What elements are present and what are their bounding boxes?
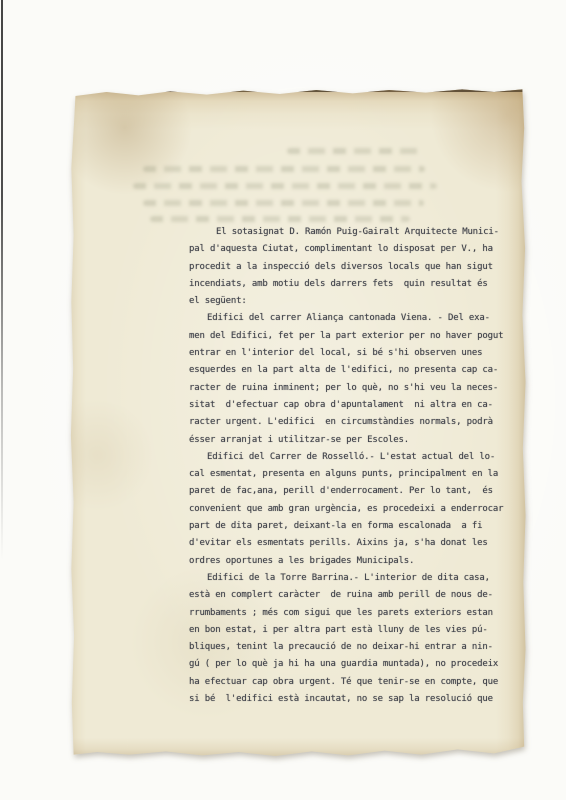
document-text: El sotasignat D. Ramón Puig-Gairalt Arqu…: [189, 224, 519, 708]
text-line: si bé l'edifici està incautat, no se sap…: [189, 691, 519, 708]
paragraph: Edifici del Carrer de Rosselló.- L'estat…: [189, 449, 519, 570]
text-line: incendiats, amb motiu dels darrers fets …: [189, 276, 519, 293]
paper-sheet: El sotasignat D. Ramón Puig-Gairalt Arqu…: [70, 88, 526, 756]
text-line: convenient que amb gran urgència, es pro…: [189, 501, 519, 518]
text-line: men del Edifici, fet per la part exterio…: [189, 328, 519, 345]
text-line: gú ( per lo què ja hi ha una guardia mun…: [189, 656, 519, 673]
text-line: d'evitar els esmentats perills. Aixins j…: [189, 535, 519, 552]
bleed-through-text: [150, 216, 410, 222]
text-line: racter de ruina inminent; per lo què, no…: [189, 380, 519, 397]
text-line: en bon estat, i per altra part està llun…: [189, 622, 519, 639]
text-line: el següent:: [189, 293, 519, 310]
text-line: ésser arranjat i utilitzar-se per Escole…: [189, 432, 519, 449]
text-line: cal esmentat, presenta en alguns punts, …: [189, 466, 519, 483]
text-line: esquerdes en la part alta de l'edifici, …: [189, 362, 519, 379]
text-line: Edifici de la Torre Barrina.- L'interior…: [189, 570, 519, 587]
text-line: procedit a la inspecció dels diversos lo…: [189, 259, 519, 276]
paragraph: Edifici de la Torre Barrina.- L'interior…: [189, 570, 519, 708]
scanner-edge-line: [1, 0, 3, 560]
paragraph: Edifici del carrer Aliança cantonada Vie…: [189, 310, 519, 448]
text-line: El sotasignat D. Ramón Puig-Gairalt Arqu…: [189, 224, 519, 241]
text-line: ha efectuar cap obra urgent. Té que teni…: [189, 674, 519, 691]
bleed-through-text: [143, 166, 425, 172]
text-line: sitat d'efectuar cap obra d'apuntalament…: [189, 397, 519, 414]
text-line: paret de fac,ana, perill d'enderrocament…: [189, 483, 519, 500]
text-line: entrar en l'interior del local, si bé s'…: [189, 345, 519, 362]
text-line: part de dita paret, deixant-la en forma …: [189, 518, 519, 535]
text-line: ordres oportunes a les brigades Municipa…: [189, 553, 519, 570]
paper-shadow: El sotasignat D. Ramón Puig-Gairalt Arqu…: [70, 88, 526, 756]
paragraph: El sotasignat D. Ramón Puig-Gairalt Arqu…: [189, 224, 519, 310]
bleed-through-text: [133, 183, 437, 189]
text-line: pal d'aquesta Ciutat, complimentant lo d…: [189, 241, 519, 258]
text-line: bliques, tenint la precaució de no deixa…: [189, 639, 519, 656]
text-line: rrumbaments ; més com sigui que les pare…: [189, 605, 519, 622]
scan-background: El sotasignat D. Ramón Puig-Gairalt Arqu…: [0, 0, 566, 800]
text-line: racter urgent. L'edifici en circumstàndi…: [189, 414, 519, 431]
text-line: Edifici del carrer Aliança cantonada Vie…: [189, 310, 519, 327]
text-line: està en complert caràcter de ruina amb p…: [189, 587, 519, 604]
text-line: Edifici del Carrer de Rosselló.- L'estat…: [189, 449, 519, 466]
bleed-through-text: [287, 148, 423, 154]
bleed-through-text: [143, 200, 424, 206]
